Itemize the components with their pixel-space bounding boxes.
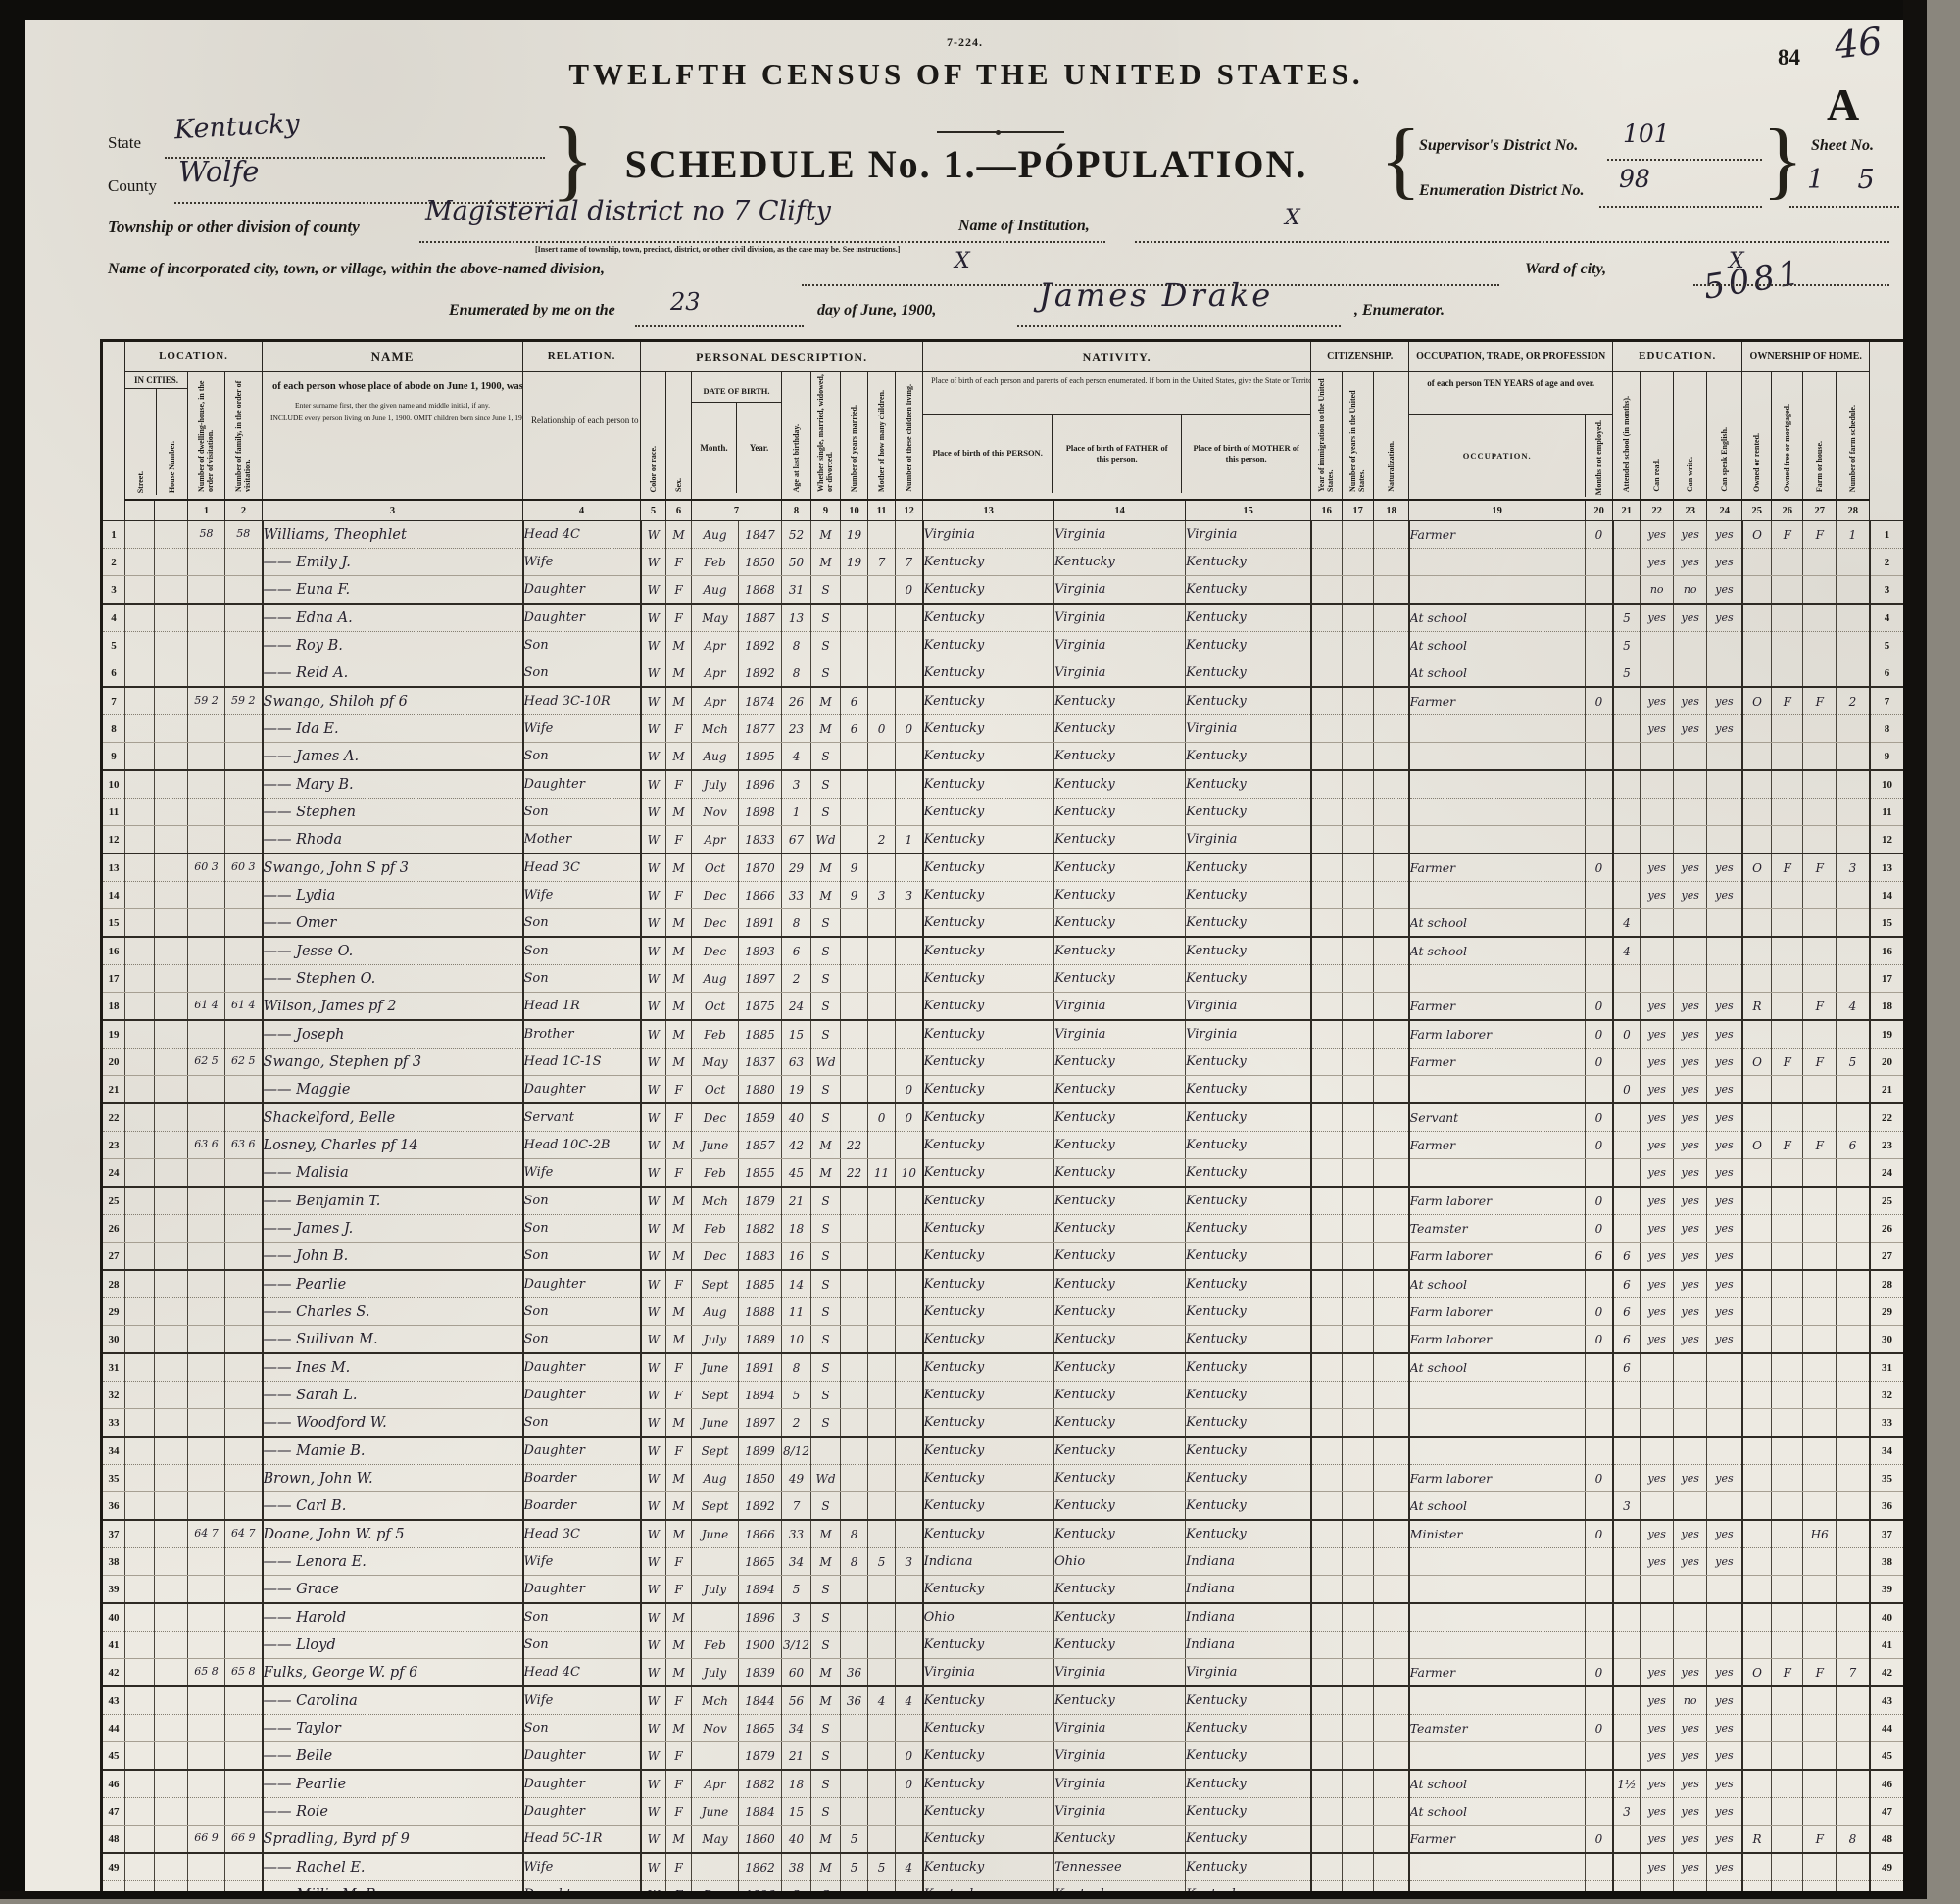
- cell-father-birthplace: Virginia: [1054, 1770, 1186, 1798]
- cell-years-in-us: [1343, 1076, 1374, 1104]
- dob-label: DATE OF BIRTH.: [692, 372, 781, 403]
- cell-can-write: yes: [1674, 1243, 1707, 1271]
- cell-relation: Son: [523, 1603, 641, 1632]
- cell-mother-of-children: [868, 1437, 896, 1465]
- cell-father-birthplace: Kentucky: [1054, 1049, 1186, 1076]
- cell-mother-of-children: [868, 1576, 896, 1604]
- cell-father-birthplace: Virginia: [1054, 576, 1186, 605]
- cell-age: 34: [782, 1548, 811, 1576]
- cell-owned-rented: O: [1742, 1659, 1772, 1687]
- cell-free-mortgaged: [1772, 799, 1803, 826]
- cell-years-married: [841, 632, 868, 659]
- cell-children-living: [896, 1215, 923, 1243]
- cell-years-in-us: [1343, 1632, 1374, 1659]
- cell-birthplace: Kentucky: [923, 604, 1054, 632]
- cell-mother-of-children: [868, 1382, 896, 1409]
- cell-attended-school: [1613, 1715, 1641, 1742]
- cell-farm-schedule: 4: [1837, 993, 1870, 1021]
- cell-age: 26: [782, 687, 811, 715]
- cell-farm-schedule: [1837, 1437, 1870, 1465]
- cell-occupation: At school: [1409, 659, 1586, 688]
- cell-father-birthplace: Kentucky: [1054, 1632, 1186, 1659]
- cell-attended-school: 0: [1613, 1076, 1641, 1104]
- cell-sex: M: [666, 854, 692, 882]
- cell-family-number: [225, 632, 263, 659]
- cell-years-in-us: [1343, 576, 1374, 605]
- cell-farm-schedule: [1837, 1853, 1870, 1881]
- cell-months-not-employed: 0: [1586, 1659, 1613, 1687]
- cell-name: —— John B.: [263, 1243, 523, 1271]
- cell-immigration-year: [1311, 965, 1343, 993]
- cell-birth-year: 1857: [739, 1132, 782, 1159]
- cell-birth-year: 1882: [739, 1215, 782, 1243]
- cell-row-number-left: 33: [102, 1409, 125, 1438]
- cell-row-number-left: 6: [102, 659, 125, 688]
- cell-sex: F: [666, 1159, 692, 1188]
- cell-father-birthplace: Virginia: [1054, 993, 1186, 1021]
- cell-years-married: [841, 576, 868, 605]
- cell-free-mortgaged: [1772, 632, 1803, 659]
- table-row: 33 —— Woodford W. Son W M June 1897 2 S …: [102, 1409, 1905, 1438]
- months-not-employed-label: Months not employed.: [1594, 418, 1603, 497]
- cell-mother-of-children: [868, 1132, 896, 1159]
- cell-dwelling-number: [188, 1020, 225, 1049]
- cell-can-write: yes: [1674, 1159, 1707, 1188]
- cell-sex: M: [666, 1465, 692, 1492]
- cell-can-read: yes: [1641, 1465, 1674, 1492]
- cell-farm-house: F: [1803, 1049, 1837, 1076]
- cell-color-race: W: [641, 521, 666, 549]
- dwelling-number-label: Number of dwelling-house, in the order o…: [197, 372, 215, 494]
- cell-naturalization: [1374, 743, 1409, 771]
- cell-relation: Son: [523, 1632, 641, 1659]
- cell-immigration-year: [1311, 1576, 1343, 1604]
- cell-birth-month: May: [692, 1049, 739, 1076]
- cell-age: 50: [782, 549, 811, 576]
- cell-mother-birthplace: Kentucky: [1186, 1686, 1311, 1715]
- cell-immigration-year: [1311, 687, 1343, 715]
- cell-marital-status: S: [811, 909, 841, 938]
- cell-years-in-us: [1343, 1715, 1374, 1742]
- cell-birth-year: 1895: [739, 743, 782, 771]
- cell-color-race: W: [641, 1632, 666, 1659]
- cell-name: —— Lloyd: [263, 1632, 523, 1659]
- cell-birth-month: Nov: [692, 799, 739, 826]
- cell-age: 7: [782, 1492, 811, 1521]
- cell-age: 2: [782, 965, 811, 993]
- cell-row-number-left: 35: [102, 1465, 125, 1492]
- cell-row-number-left: 15: [102, 909, 125, 938]
- cell-can-write: no: [1674, 576, 1707, 605]
- cell-row-number-right: 36: [1870, 1492, 1905, 1521]
- cell-years-married: 22: [841, 1159, 868, 1188]
- cell-age: 8: [782, 659, 811, 688]
- cell-mother-of-children: [868, 1715, 896, 1742]
- cell-occupation: [1409, 1632, 1586, 1659]
- cell-months-not-employed: [1586, 909, 1613, 938]
- cell-occupation: [1409, 1548, 1586, 1576]
- cell-mother-birthplace: Kentucky: [1186, 1409, 1311, 1438]
- cell-birthplace: Kentucky: [923, 909, 1054, 938]
- cell-row-number-left: 7: [102, 687, 125, 715]
- cell-row-number-right: 6: [1870, 659, 1905, 688]
- cell-relation: Son: [523, 1715, 641, 1742]
- column-number: [155, 500, 188, 521]
- cell-sex: M: [666, 1715, 692, 1742]
- cell-birth-month: Aug: [692, 521, 739, 549]
- cell-free-mortgaged: [1772, 1853, 1803, 1881]
- cell-row-number-right: 11: [1870, 799, 1905, 826]
- farm-schedule-label: Number of farm schedule.: [1848, 403, 1857, 494]
- cell-years-in-us: [1343, 1826, 1374, 1854]
- enumerated-middle: day of June, 1900,: [817, 302, 936, 319]
- cell-sex: F: [666, 1798, 692, 1826]
- cell-age: 40: [782, 1826, 811, 1854]
- cell-father-birthplace: Tennessee: [1054, 1853, 1186, 1881]
- enumerator-name: James Drake: [1039, 276, 1273, 314]
- cell-sex: M: [666, 659, 692, 688]
- cell-children-living: [896, 965, 923, 993]
- table-row: 25 —— Benjamin T. Son W M Mch 1879 21 S …: [102, 1187, 1905, 1215]
- cell-mother-birthplace: Kentucky: [1186, 1798, 1311, 1826]
- cell-birthplace: Kentucky: [923, 1437, 1054, 1465]
- cell-dwelling-number: [188, 604, 225, 632]
- cell-relation: Daughter: [523, 1742, 641, 1771]
- cell-row-number-left: 24: [102, 1159, 125, 1188]
- cell-street: [125, 1715, 155, 1742]
- cell-farm-schedule: [1837, 1270, 1870, 1298]
- cell-family-number: [225, 1465, 263, 1492]
- cell-dwelling-number: [188, 1326, 225, 1354]
- cell-father-birthplace: Kentucky: [1054, 1437, 1186, 1465]
- cell-months-not-employed: [1586, 1382, 1613, 1409]
- table-row: 5 —— Roy B. Son W M Apr 1892 8 S Kentuck…: [102, 632, 1905, 659]
- cell-row-number-left: 12: [102, 826, 125, 854]
- cell-free-mortgaged: [1772, 1770, 1803, 1798]
- cell-row-number-right: 42: [1870, 1659, 1905, 1687]
- cell-attended-school: [1613, 882, 1641, 909]
- cell-occupation: Teamster: [1409, 1215, 1586, 1243]
- cell-relation: Son: [523, 1215, 641, 1243]
- township-line: [419, 241, 1105, 243]
- cell-years-in-us: [1343, 909, 1374, 938]
- cell-dwelling-number: [188, 1686, 225, 1715]
- cell-mother-of-children: 0: [868, 1103, 896, 1132]
- cell-immigration-year: [1311, 1686, 1343, 1715]
- cell-dwelling-number: [188, 1215, 225, 1243]
- cell-street: [125, 521, 155, 549]
- cell-age: 67: [782, 826, 811, 854]
- cell-row-number-right: 24: [1870, 1159, 1905, 1188]
- cell-occupation: [1409, 1076, 1586, 1104]
- cell-can-read: yes: [1641, 549, 1674, 576]
- cell-birthplace: Kentucky: [923, 854, 1054, 882]
- cell-years-married: [841, 993, 868, 1021]
- table-row: 23 63 6 63 6 Losney, Charles pf 14 Head …: [102, 1132, 1905, 1159]
- cell-sex: M: [666, 1326, 692, 1354]
- cell-farm-house: [1803, 1770, 1837, 1798]
- cell-naturalization: [1374, 1853, 1409, 1881]
- cell-years-married: [841, 937, 868, 965]
- cell-can-speak-english: [1707, 743, 1742, 771]
- cell-name: —— Charles S.: [263, 1298, 523, 1326]
- ward-line: [1693, 284, 1889, 286]
- cell-name: Losney, Charles pf 14: [263, 1132, 523, 1159]
- cell-color-race: W: [641, 1686, 666, 1715]
- cell-street: [125, 826, 155, 854]
- cell-can-speak-english: yes: [1707, 715, 1742, 743]
- cell-occupation: Farm laborer: [1409, 1326, 1586, 1354]
- cell-house-number: [155, 1492, 188, 1521]
- cell-can-read: yes: [1641, 715, 1674, 743]
- cell-can-read: yes: [1641, 1326, 1674, 1354]
- cell-children-living: [896, 1437, 923, 1465]
- table-row: 40 —— Harold Son W M 1896 3 S Ohio Kentu…: [102, 1603, 1905, 1632]
- ornament-divider: [937, 131, 1064, 133]
- cell-row-number-left: 38: [102, 1548, 125, 1576]
- cell-naturalization: [1374, 965, 1409, 993]
- cell-birth-year: 1874: [739, 687, 782, 715]
- cell-free-mortgaged: [1772, 1215, 1803, 1243]
- cell-naturalization: [1374, 799, 1409, 826]
- cell-father-birthplace: Kentucky: [1054, 909, 1186, 938]
- cell-can-speak-english: [1707, 937, 1742, 965]
- cell-farm-schedule: 1: [1837, 521, 1870, 549]
- cell-farm-schedule: 3: [1837, 854, 1870, 882]
- cell-father-birthplace: Kentucky: [1054, 1103, 1186, 1132]
- cell-house-number: [155, 1076, 188, 1104]
- cell-birthplace: Kentucky: [923, 1243, 1054, 1271]
- cell-birth-month: June: [692, 1132, 739, 1159]
- cell-street: [125, 993, 155, 1021]
- cell-can-speak-english: yes: [1707, 1798, 1742, 1826]
- cell-birth-month: [692, 1548, 739, 1576]
- cell-years-married: [841, 1576, 868, 1604]
- cell-farm-house: [1803, 1298, 1837, 1326]
- cell-farm-schedule: 6: [1837, 1132, 1870, 1159]
- cell-birth-month: [692, 1603, 739, 1632]
- cell-age: 5: [782, 1576, 811, 1604]
- cell-marital-status: M: [811, 1548, 841, 1576]
- cell-sex: F: [666, 1103, 692, 1132]
- cell-dwelling-number: [188, 1270, 225, 1298]
- cell-row-number-left: 10: [102, 770, 125, 799]
- scan-bottom-band: [0, 1891, 1927, 1899]
- cell-street: [125, 1465, 155, 1492]
- cell-name: —— Ines M.: [263, 1353, 523, 1382]
- cell-birth-year: 1897: [739, 965, 782, 993]
- cell-age: 8: [782, 909, 811, 938]
- cell-relation: Wife: [523, 1686, 641, 1715]
- cell-naturalization: [1374, 770, 1409, 799]
- immigration-year-label: Year of immigration to the United States…: [1317, 372, 1335, 494]
- cell-marital-status: M: [811, 1826, 841, 1854]
- cell-naturalization: [1374, 1243, 1409, 1271]
- cell-farm-house: [1803, 1742, 1837, 1771]
- cell-birthplace: Kentucky: [923, 549, 1054, 576]
- cell-birth-month: May: [692, 1826, 739, 1854]
- cell-mother-birthplace: Kentucky: [1186, 659, 1311, 688]
- cell-farm-schedule: [1837, 1382, 1870, 1409]
- cell-row-number-right: 13: [1870, 854, 1905, 882]
- cell-street: [125, 687, 155, 715]
- cell-street: [125, 799, 155, 826]
- cell-can-read: [1641, 1382, 1674, 1409]
- cell-dwelling-number: [188, 1492, 225, 1521]
- cell-sex: M: [666, 1492, 692, 1521]
- cell-name: Fulks, George W. pf 6: [263, 1659, 523, 1687]
- cell-birth-month: Oct: [692, 854, 739, 882]
- cell-marital-status: M: [811, 715, 841, 743]
- cell-children-living: [896, 604, 923, 632]
- cell-name: Swango, Stephen pf 3: [263, 1049, 523, 1076]
- cell-dwelling-number: [188, 1409, 225, 1438]
- cell-father-birthplace: Kentucky: [1054, 1298, 1186, 1326]
- cell-marital-status: S: [811, 632, 841, 659]
- cell-house-number: [155, 632, 188, 659]
- cell-owned-rented: [1742, 1215, 1772, 1243]
- cell-family-number: [225, 659, 263, 688]
- cell-free-mortgaged: F: [1772, 1659, 1803, 1687]
- cell-years-married: [841, 1465, 868, 1492]
- cell-can-write: yes: [1674, 549, 1707, 576]
- cell-children-living: [896, 1492, 923, 1521]
- cell-marital-status: S: [811, 1715, 841, 1742]
- cell-house-number: [155, 937, 188, 965]
- cell-mother-of-children: 7: [868, 549, 896, 576]
- cell-birthplace: Kentucky: [923, 659, 1054, 688]
- cell-owned-rented: [1742, 632, 1772, 659]
- cell-naturalization: [1374, 1742, 1409, 1771]
- cell-farm-house: F: [1803, 687, 1837, 715]
- cell-farm-house: [1803, 1270, 1837, 1298]
- cell-can-write: yes: [1674, 604, 1707, 632]
- cell-birthplace: Kentucky: [923, 1520, 1054, 1548]
- cell-sex: M: [666, 1298, 692, 1326]
- cell-can-read: [1641, 1576, 1674, 1604]
- cell-birth-year: 1894: [739, 1382, 782, 1409]
- cell-free-mortgaged: [1772, 1826, 1803, 1854]
- cell-years-in-us: [1343, 1742, 1374, 1771]
- cell-mother-of-children: [868, 1603, 896, 1632]
- cell-occupation: Farmer: [1409, 1659, 1586, 1687]
- cell-marital-status: S: [811, 576, 841, 605]
- cell-attended-school: 4: [1613, 937, 1641, 965]
- cell-birthplace: Kentucky: [923, 882, 1054, 909]
- cell-can-read: [1641, 1409, 1674, 1438]
- cell-immigration-year: [1311, 1243, 1343, 1271]
- cell-street: [125, 1020, 155, 1049]
- cell-naturalization: [1374, 1770, 1409, 1798]
- cell-can-write: [1674, 826, 1707, 854]
- cell-age: 56: [782, 1686, 811, 1715]
- cell-children-living: [896, 1353, 923, 1382]
- cell-sex: M: [666, 743, 692, 771]
- cell-children-living: [896, 1020, 923, 1049]
- cell-mother-of-children: [868, 965, 896, 993]
- cell-can-read: yes: [1641, 854, 1674, 882]
- cell-owned-rented: [1742, 1243, 1772, 1271]
- cell-years-married: [841, 1353, 868, 1382]
- census-table: LOCATION. NAME RELATION. PERSONAL DESCRI…: [100, 339, 1906, 1904]
- cell-years-in-us: [1343, 687, 1374, 715]
- cell-family-number: [225, 1409, 263, 1438]
- cell-row-number-left: 9: [102, 743, 125, 771]
- cell-relation: Wife: [523, 1853, 641, 1881]
- cell-naturalization: [1374, 1103, 1409, 1132]
- cell-dwelling-number: [188, 1382, 225, 1409]
- cell-sex: M: [666, 965, 692, 993]
- cell-house-number: [155, 826, 188, 854]
- cell-family-number: 63 6: [225, 1132, 263, 1159]
- column-number: [125, 500, 155, 521]
- cell-farm-house: [1803, 632, 1837, 659]
- cell-mother-of-children: [868, 659, 896, 688]
- cell-marital-status: S: [811, 1742, 841, 1771]
- cell-color-race: W: [641, 1215, 666, 1243]
- cell-farm-schedule: [1837, 770, 1870, 799]
- cell-can-write: [1674, 799, 1707, 826]
- cell-can-read: [1641, 909, 1674, 938]
- table-row: 20 62 5 62 5 Swango, Stephen pf 3 Head 1…: [102, 1049, 1905, 1076]
- cell-attended-school: [1613, 549, 1641, 576]
- cell-mother-of-children: [868, 1243, 896, 1271]
- cell-attended-school: [1613, 521, 1641, 549]
- cell-house-number: [155, 1326, 188, 1354]
- cell-sex: M: [666, 632, 692, 659]
- cell-color-race: W: [641, 1409, 666, 1438]
- cell-relation: Son: [523, 1298, 641, 1326]
- cell-birthplace: Kentucky: [923, 715, 1054, 743]
- cell-color-race: W: [641, 1049, 666, 1076]
- cell-color-race: W: [641, 1826, 666, 1854]
- cell-naturalization: [1374, 909, 1409, 938]
- cell-naturalization: [1374, 937, 1409, 965]
- cell-months-not-employed: 0: [1586, 993, 1613, 1021]
- mother-of-children-label: Mother of how many children.: [877, 388, 886, 494]
- cell-owned-rented: [1742, 604, 1772, 632]
- cell-name: —— Pearlie: [263, 1270, 523, 1298]
- cell-row-number-right: 8: [1870, 715, 1905, 743]
- cell-mother-of-children: [868, 1270, 896, 1298]
- cell-family-number: [225, 743, 263, 771]
- cell-free-mortgaged: [1772, 1270, 1803, 1298]
- cell-dwelling-number: 60 3: [188, 854, 225, 882]
- cell-age: 21: [782, 1742, 811, 1771]
- cell-name: —— Edna A.: [263, 604, 523, 632]
- cell-family-number: [225, 1548, 263, 1576]
- column-number: 2: [225, 500, 263, 521]
- cell-birthplace: Kentucky: [923, 1132, 1054, 1159]
- cell-street: [125, 549, 155, 576]
- table-row: 27 —— John B. Son W M Dec 1883 16 S Kent…: [102, 1243, 1905, 1271]
- cell-relation: Daughter: [523, 1798, 641, 1826]
- cell-years-married: [841, 1215, 868, 1243]
- cell-immigration-year: [1311, 1659, 1343, 1687]
- cell-father-birthplace: Kentucky: [1054, 1603, 1186, 1632]
- cell-birth-month: Aug: [692, 1465, 739, 1492]
- cell-years-married: [841, 1409, 868, 1438]
- cell-children-living: [896, 687, 923, 715]
- cell-can-write: yes: [1674, 882, 1707, 909]
- cell-can-write: yes: [1674, 687, 1707, 715]
- cell-color-race: W: [641, 799, 666, 826]
- cell-birthplace: Kentucky: [923, 993, 1054, 1021]
- cell-birth-year: 1839: [739, 1659, 782, 1687]
- cell-row-number-right: 30: [1870, 1326, 1905, 1354]
- cell-row-number-left: 4: [102, 604, 125, 632]
- cell-farm-schedule: [1837, 659, 1870, 688]
